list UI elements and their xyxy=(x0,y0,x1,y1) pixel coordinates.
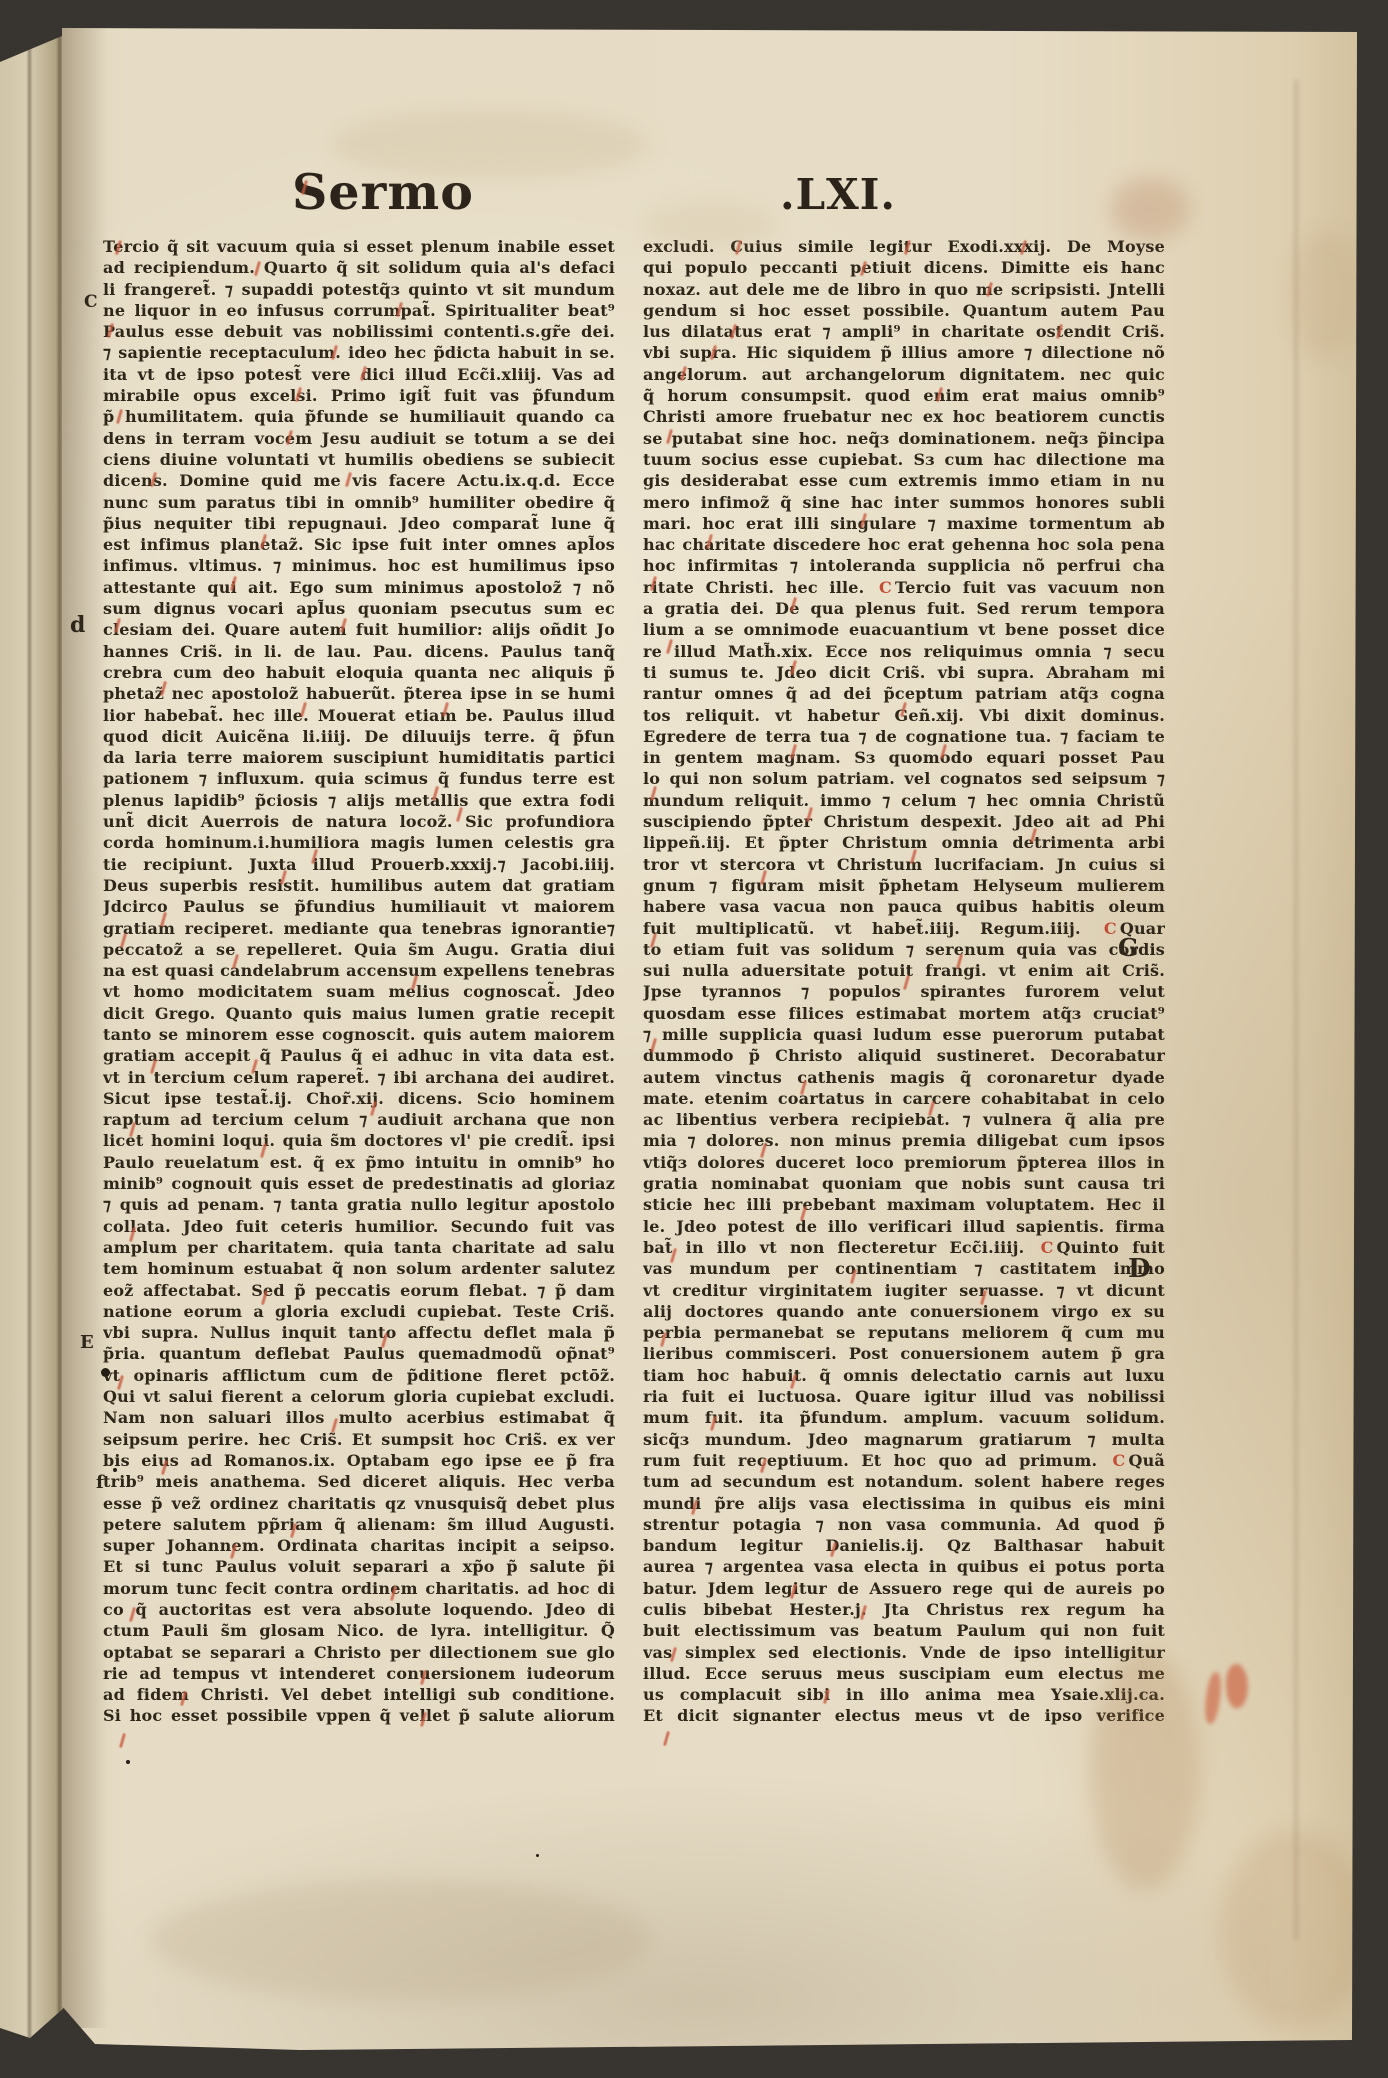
text-line: sticie hec illi prebebant maximam volupt… xyxy=(643,1194,1165,1215)
text-line: corda hominum.i.humiliora magis lumen ce… xyxy=(103,832,615,853)
text-line: vas simplex sed electionis. Vnde de ipso… xyxy=(643,1642,1165,1663)
text-line: le. Jdeo potest de illo verificari illud… xyxy=(643,1216,1165,1237)
text-line: re illud Math̃.xix. Ecce nos reliquimus … xyxy=(643,641,1165,662)
text-line: angelorum. aut archangelorum dignitatem.… xyxy=(643,364,1165,385)
text-line: lium a se omnimode euacuantium vt bene p… xyxy=(643,619,1165,640)
text-line: autem vinctus cathenis magis q̃ coronare… xyxy=(643,1067,1165,1088)
text-line: vbi supra. Hic siquidem p̃ illius amore … xyxy=(643,342,1165,363)
ink-spot xyxy=(113,1468,117,1472)
text-line: Paulus esse debuit vas nobilissimi conte… xyxy=(103,321,615,342)
text-line: mate. etenim coartatus in carcere cohabi… xyxy=(643,1088,1165,1109)
text-line: tie recipiunt. Juxta illud Prouerb.xxxij… xyxy=(103,854,615,875)
text-line: noxaz. aut dele me de libro in quo me sc… xyxy=(643,279,1165,300)
text-line: Christi amore fruebatur nec ex hoc beati… xyxy=(643,406,1165,427)
ink-spot xyxy=(101,1368,110,1377)
text-line: buit electissimum vas beatum Paulum qui … xyxy=(643,1620,1165,1641)
text-line: aurea ⁊ argentea vasa electa in quibus e… xyxy=(643,1556,1165,1577)
margin-guide-letter: D xyxy=(1128,1254,1151,1284)
text-line: vt creditur virginitatem iugiter seruass… xyxy=(643,1280,1165,1301)
text-line: mari. hoc erat illi singulare ⁊ maxime t… xyxy=(643,513,1165,534)
running-title-sermon-number: .LXI. xyxy=(780,170,896,219)
text-line: a gratia dei. De qua plenus fuit. Sed re… xyxy=(643,598,1165,619)
text-line: tiam hoc habuit. q̃ omnis delectatio car… xyxy=(643,1365,1165,1386)
text-line: dicens. Domine quid me vis facere Actu.i… xyxy=(103,470,615,491)
text-line: optabat se separari a Christo per dilect… xyxy=(103,1642,615,1663)
text-line: Paulo reuelatum est. q̃ ex p̃mo intuitu … xyxy=(103,1152,615,1173)
text-line: ad recipiendum. Quarto q̃ sit solidum qu… xyxy=(103,257,615,278)
text-line: bat̃ in illo vt non flecteretur Ecc̃i.ii… xyxy=(643,1237,1165,1258)
text-line: tror vt stercora vt Christum lucrifaciam… xyxy=(643,854,1165,875)
text-line: gendum si hoc esset possibile. Quantum a… xyxy=(643,300,1165,321)
text-line: ⁊ mille supplicia quasi ludum esse puero… xyxy=(643,1024,1165,1045)
paragraph-mark: C xyxy=(1038,1238,1057,1257)
text-line: ita vt de ipso potest̃ vere dici illud E… xyxy=(103,364,615,385)
text-line: phetaz̃ nec apostoloz̃ habuerũt. p̃terea… xyxy=(103,683,615,704)
text-line: ritate Christi. hec ille. CTercio fuit v… xyxy=(643,577,1165,598)
text-line: ⁊ sapientie receptaculum. ideo hec p̃dic… xyxy=(103,342,615,363)
text-line: perbia permanebat se reputans meliorem q… xyxy=(643,1322,1165,1343)
text-line: strentur potagia ⁊ non vasa communia. Ad… xyxy=(643,1514,1165,1535)
text-line: p̃ humilitatem. quia p̃funde se humiliau… xyxy=(103,406,615,427)
text-line: lo qui non solum patriam. vel cognatos s… xyxy=(643,768,1165,789)
text-line: raptum ad tercium celum ⁊ audiuit archan… xyxy=(103,1109,615,1130)
text-line: Sicut ipse testat̃.ij. Chor̃.xij. dicens… xyxy=(103,1088,615,1109)
text-line: Egredere de terra tua ⁊ de cognatione tu… xyxy=(643,726,1165,747)
text-line: Tercio q̃ sit vacuum quia si esset plenu… xyxy=(103,236,615,257)
text-line: fuit multiplicatũ. vt habet̃.iiij. Regum… xyxy=(643,918,1165,939)
text-line: q̃ horum consumpsit. quod enim erat maiu… xyxy=(643,385,1165,406)
text-line: p̃ria. quantum deflebat Paulus quemadmod… xyxy=(103,1343,615,1364)
text-line: Deus superbis resistit. humilibus autem … xyxy=(103,875,615,896)
page-edge-crease xyxy=(28,0,31,2078)
text-line: gratiam accepit q̃ Paulus q̃ ei adhuc in… xyxy=(103,1045,615,1066)
text-line: sicq̃ɜ mundum. Jdeo magnarum gratiarum ⁊… xyxy=(643,1429,1165,1450)
text-line: lus dilatatus erat ⁊ ampli⁹ in charitate… xyxy=(643,321,1165,342)
text-line: tum ad secundum est notandum. solent hab… xyxy=(643,1471,1165,1492)
text-line: quod dicit Auicẽna li.iiij. De diluuijs … xyxy=(103,726,615,747)
text-line: rie ad tempus vt intenderet conuersionem… xyxy=(103,1663,615,1684)
text-line: vbi supra. Nullus inquit tanto affectu d… xyxy=(103,1322,615,1343)
text-line: vas mundum per continentiam ⁊ castitatem… xyxy=(643,1258,1165,1279)
paper-stain xyxy=(330,110,650,180)
text-line: vtiq̃ɜ dolores duceret loco premiorum p̃… xyxy=(643,1152,1165,1173)
text-line: ⁊ quis ad penam. ⁊ tanta gratia nullo le… xyxy=(103,1194,615,1215)
text-line: peccatoz̃ a se repelleret. Quia s̃m Augu… xyxy=(103,939,615,960)
text-line: vt opinaris afflictum cum de p̃ditione f… xyxy=(103,1365,615,1386)
paper-fold-crease xyxy=(1294,80,1298,1940)
text-line: collata. Jdeo fuit ceteris humilior. Sec… xyxy=(103,1216,615,1237)
text-line: in gentem magnam. Sɜ quomodo equari poss… xyxy=(643,747,1165,768)
text-line: petere salutem pp̃riam q̃ alienam: s̃m i… xyxy=(103,1514,615,1535)
text-line: hoc infirmitas ⁊ intoleranda supplicia n… xyxy=(643,555,1165,576)
text-line: est infimus planetaz̃. Sic ipse fuit int… xyxy=(103,534,615,555)
rubrication-tick xyxy=(663,1731,670,1746)
text-line: morum tunc fecit contra ordinem charitat… xyxy=(103,1578,615,1599)
text-line: na est quasi candelabrum accensum expell… xyxy=(103,960,615,981)
margin-guide-letter: C xyxy=(84,292,98,312)
text-line: ria fuit ei luctuosa. Quare igitur illud… xyxy=(643,1386,1165,1407)
text-line: dummodo p̃ Christo aliquid sustineret. D… xyxy=(643,1045,1165,1066)
text-line: alij doctores quando ante conuersionem v… xyxy=(643,1301,1165,1322)
text-line: dicit Grego. Quanto quis maius lumen gra… xyxy=(103,1003,615,1024)
red-ink-smudge xyxy=(1224,1663,1250,1709)
text-line: mirabile opus excelsi. Primo igit̃ fuit … xyxy=(103,385,615,406)
ink-spot xyxy=(126,1760,130,1764)
paper-stain xyxy=(150,1880,650,2000)
text-line: trib⁹ meis anathema. Sed diceret aliquis… xyxy=(103,1471,615,1492)
text-line: eoz̃ affectabat. Sed p̃ peccatis eorum f… xyxy=(103,1280,615,1301)
text-line: unt̃ dicit Auerrois de natura locoz̃. Si… xyxy=(103,811,615,832)
paragraph-mark: C xyxy=(1110,1451,1129,1470)
text-line: infimus. vltimus. ⁊ minimus. hoc est hum… xyxy=(103,555,615,576)
ink-spot xyxy=(536,1854,539,1857)
text-line: super Johannem. Ordinata charitas incipi… xyxy=(103,1535,615,1556)
text-line: bandum legitur Danielis.ij. Qz Balthasar… xyxy=(643,1535,1165,1556)
text-line: pationem ⁊ influxum. quia scimus q̃ fund… xyxy=(103,768,615,789)
text-line: hac charitate discedere hoc erat gehenna… xyxy=(643,534,1165,555)
text-line: natione eorum a gloria excludi cupiebat.… xyxy=(103,1301,615,1322)
text-line: mundi p̃re alijs vasa electissima in qui… xyxy=(643,1493,1165,1514)
text-line: lior habebat̃. hec ille. Mouerat etiam b… xyxy=(103,705,615,726)
text-line: clesiam dei. Quare autem fuit humilior: … xyxy=(103,619,615,640)
paragraph-mark: C xyxy=(876,578,895,597)
text-line: lieribus commisceri. Post conuersionem a… xyxy=(643,1343,1165,1364)
text-line: mia ⁊ dolores. non minus premia diligeba… xyxy=(643,1130,1165,1151)
text-line: seipsum perire. hec Cris̃. Et sumpsit ho… xyxy=(103,1429,615,1450)
text-line: Nam non saluari illos multo acerbius est… xyxy=(103,1407,615,1428)
text-line: p̃ius nequiter tibi repugnaui. Jdeo comp… xyxy=(103,513,615,534)
text-line: ne liquor in eo infusus corrumpat̃. Spir… xyxy=(103,300,615,321)
text-line: attestante qui ait. Ego sum minimus apos… xyxy=(103,577,615,598)
text-line: vt in tercium celum raperet̃. ⁊ ibi arch… xyxy=(103,1067,615,1088)
margin-guide-letter: d xyxy=(70,612,85,638)
paper-stain xyxy=(1220,1830,1370,2030)
text-line: ciens diuine voluntati vt humilis obedie… xyxy=(103,449,615,470)
gutter-shadow xyxy=(62,28,108,2028)
paper-stain xyxy=(1090,1650,1200,1890)
paper-stain xyxy=(1290,230,1360,360)
text-line: mundum reliquit. immo ⁊ celum ⁊ hec omni… xyxy=(643,790,1165,811)
text-line: Et si tunc Paulus voluit separari a xp̃o… xyxy=(103,1556,615,1577)
text-line: ac libentius verbera recipiebat. ⁊ vulne… xyxy=(643,1109,1165,1130)
text-line: se putabat sine hoc. neq̃ɜ dominationem.… xyxy=(643,428,1165,449)
text-line: ctum Pauli s̃m glosam Nico. de lyra. int… xyxy=(103,1620,615,1641)
text-line: li frangeret̃. ⁊ supaddi potestq̃ɜ quint… xyxy=(103,279,615,300)
text-line: mum fuit. ita p̃fundum. amplum. vacuum s… xyxy=(643,1407,1165,1428)
text-line: qui populo peccanti petiuit dicens. Dimi… xyxy=(643,257,1165,278)
text-line: tuum socius esse cupiebat. Sɜ cum hac di… xyxy=(643,449,1165,470)
text-line: tem hominum estuabat q̃ non solum ardent… xyxy=(103,1258,615,1279)
text-line: us complacuit sibi in illo anima mea Ysa… xyxy=(643,1684,1165,1705)
text-line: culis bibebat Hester.j. Jta Christus rex… xyxy=(643,1599,1165,1620)
red-ink-smudge xyxy=(1203,1671,1223,1724)
rubrication-tick xyxy=(119,1733,126,1748)
text-line: plenus lapidib⁹ p̃ciosis ⁊ alijs metalli… xyxy=(103,790,615,811)
text-line: bis eius ad Romanos.ix. Optabam ego ipse… xyxy=(103,1450,615,1471)
paper-stain xyxy=(640,200,780,250)
text-line: gis desiderabat esse cum extremis immo e… xyxy=(643,470,1165,491)
text-line: amplum per charitatem. quia tanta charit… xyxy=(103,1237,615,1258)
text-line: illud. Ecce seruus meus suscipiam eum el… xyxy=(643,1663,1165,1684)
text-line: mero infimoz̃ q̃ sine hac inter summos h… xyxy=(643,492,1165,513)
margin-guide-letter: G xyxy=(1118,933,1139,962)
text-line: esse p̃ vez̃ ordinez charitatis qz vnusq… xyxy=(103,1493,615,1514)
text-line: gratiam reciperet. mediante qua tenebras… xyxy=(103,918,615,939)
text-column-left: Tercio q̃ sit vacuum quia si esset plenu… xyxy=(103,236,615,1727)
margin-guide-letter: f xyxy=(96,1472,104,1493)
text-line: gnum ⁊ figuram misit p̃phetam Helyseum m… xyxy=(643,875,1165,896)
text-line: dens in terram vocem Jesu audiuit se tot… xyxy=(103,428,615,449)
text-line: to etiam fuit vas solidum ⁊ serenum quia… xyxy=(643,939,1165,960)
text-line: habere vasa vacua non pauca quibus habit… xyxy=(643,896,1165,917)
text-line: ti sumus te. Jdeo dicit Cris̃. vbi supra… xyxy=(643,662,1165,683)
text-line: sum dignus vocari apl̃us quoniam psecutu… xyxy=(103,598,615,619)
paper-stain xyxy=(1110,178,1190,240)
text-line: crebra cum deo habuit eloquia quanta nec… xyxy=(103,662,615,683)
text-line: Si hoc esset possibile vppen q̃ vellet p… xyxy=(103,1705,615,1726)
scanned-book-page: Sermo .LXI. Tercio q̃ sit vacuum quia si… xyxy=(0,0,1388,2078)
text-line: batur. Jdem legitur de Assuero rege qui … xyxy=(643,1578,1165,1599)
text-line: rum fuit receptiuum. Et hoc quo ad primu… xyxy=(643,1450,1165,1471)
text-line: minib⁹ cognouit quis esset de predestina… xyxy=(103,1173,615,1194)
text-line: co q̃ auctoritas est vera absolute loque… xyxy=(103,1599,615,1620)
margin-guide-letter: E xyxy=(80,1332,94,1353)
text-line: gratia nominabat quoniam que nobis sunt … xyxy=(643,1173,1165,1194)
paragraph-mark: C xyxy=(1101,919,1120,938)
text-line: nunc sum paratus tibi in omnib⁹ humilite… xyxy=(103,492,615,513)
text-line: sui nulla aduersitate potuit frangi. vt … xyxy=(643,960,1165,981)
text-line: da laria terre maiorem suscipiunt humidi… xyxy=(103,747,615,768)
text-line: hannes Cris̃. in li. de lau. Pau. dicens… xyxy=(103,641,615,662)
text-line: lippeñ.iij. Et p̃pter Christum omnia det… xyxy=(643,832,1165,853)
text-line: vt homo modicitatem suam melius cognosca… xyxy=(103,981,615,1002)
text-line: licet homini loqui. quia s̃m doctores vl… xyxy=(103,1130,615,1151)
text-line: Qui vt salui fierent a celorum gloria cu… xyxy=(103,1386,615,1407)
text-line: quosdam esse filices estimabat mortem at… xyxy=(643,1003,1165,1024)
text-line: suscipiendo p̃pter Christum despexit. Jd… xyxy=(643,811,1165,832)
text-line: Jdcirco Paulus se p̃fundius humiliauit v… xyxy=(103,896,615,917)
text-line: Et dicit signanter electus meus vt de ip… xyxy=(643,1705,1165,1726)
page-paper: Sermo .LXI. Tercio q̃ sit vacuum quia si… xyxy=(0,0,1388,2078)
book-gutter-page-edges xyxy=(0,0,70,2078)
text-line: tanto se minorem esse cognoscit. quis au… xyxy=(103,1024,615,1045)
page-edge-crease xyxy=(58,0,61,2078)
